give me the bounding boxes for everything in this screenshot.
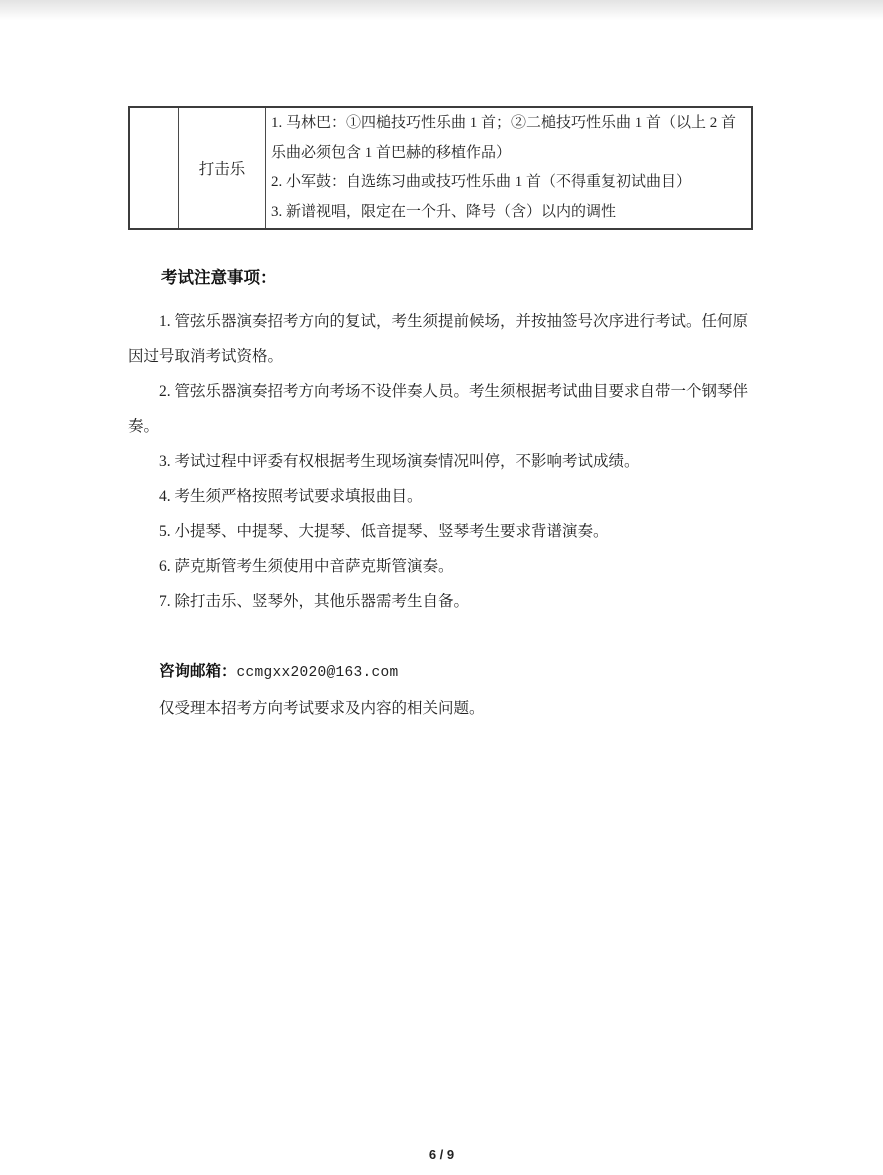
- table-cell-empty: [129, 107, 179, 229]
- contact-email: ccmgxx2020@163.com: [237, 665, 399, 681]
- notes-heading: 考试注意事项：: [128, 261, 755, 296]
- note-item-5: 5. 小提琴、中提琴、大提琴、低音提琴、竖琴考生要求背谱演奏。: [128, 514, 755, 549]
- note-item-2: 2. 管弦乐器演奏招考方向考场不设伴奏人员。考生须根据考试曲目要求自带一个钢琴伴…: [128, 374, 755, 444]
- page-top-shadow: [0, 0, 883, 20]
- requirement-line: 2. 小军鼓：自选练习曲或技巧性乐曲 1 首（不得重复初试曲目）: [271, 168, 745, 198]
- document-page: 打击乐 1. 马林巴：①四槌技巧性乐曲 1 首；②二槌技巧性乐曲 1 首（以上 …: [0, 106, 883, 726]
- page-number: 6 / 9: [429, 1147, 454, 1162]
- table-row: 打击乐 1. 马林巴：①四槌技巧性乐曲 1 首；②二槌技巧性乐曲 1 首（以上 …: [129, 107, 752, 229]
- document-content: 打击乐 1. 马林巴：①四槌技巧性乐曲 1 首；②二槌技巧性乐曲 1 首（以上 …: [128, 106, 755, 726]
- note-item-7: 7. 除打击乐、竖琴外，其他乐器需考生自备。: [128, 584, 755, 619]
- note-item-4: 4. 考生须严格按照考试要求填报曲目。: [128, 479, 755, 514]
- table-cell-category: 打击乐: [179, 107, 266, 229]
- note-item-6: 6. 萨克斯管考生须使用中音萨克斯管演奏。: [128, 549, 755, 584]
- category-label: 打击乐: [199, 161, 246, 178]
- note-item-1: 1. 管弦乐器演奏招考方向的复试，考生须提前候场，并按抽签号次序进行考试。任何原…: [128, 304, 755, 374]
- requirement-line: 3. 新谱视唱，限定在一个升、降号（含）以内的调性: [271, 198, 745, 228]
- table-cell-requirements: 1. 马林巴：①四槌技巧性乐曲 1 首；②二槌技巧性乐曲 1 首（以上 2 首乐…: [266, 107, 753, 229]
- page-footer: 6 / 9: [0, 1147, 883, 1162]
- contact-label: 咨询邮箱：: [159, 663, 237, 680]
- note-item-3: 3. 考试过程中评委有权根据考生现场演奏情况叫停，不影响考试成绩。: [128, 444, 755, 479]
- contact-line: 咨询邮箱：ccmgxx2020@163.com: [128, 654, 755, 691]
- exam-requirements-table: 打击乐 1. 马林巴：①四槌技巧性乐曲 1 首；②二槌技巧性乐曲 1 首（以上 …: [128, 106, 753, 230]
- contact-scope-note: 仅受理本招考方向考试要求及内容的相关问题。: [128, 691, 755, 726]
- requirement-line: 1. 马林巴：①四槌技巧性乐曲 1 首；②二槌技巧性乐曲 1 首（以上 2 首乐…: [271, 109, 745, 168]
